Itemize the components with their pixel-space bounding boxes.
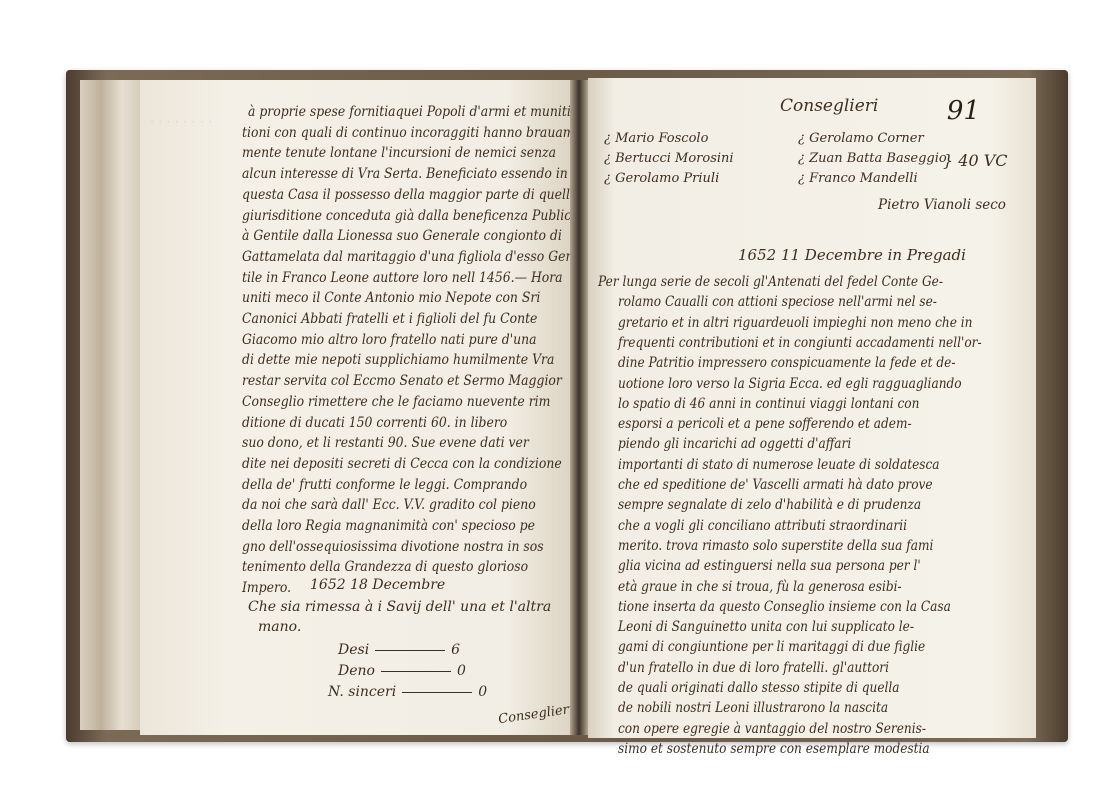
councillor-name: ¿ Franco Mandelli <box>798 166 918 191</box>
vote-count: 6 <box>451 642 460 658</box>
folio-number: 91 <box>947 96 980 126</box>
vote-count: 0 <box>457 663 466 679</box>
secretary-name: Pietro Vianoli seco <box>878 193 1006 218</box>
vote-tally-row: Desi6 <box>338 642 460 658</box>
vote-tally-row: N. sinceri0 <box>328 684 487 700</box>
vote-rule <box>402 692 472 693</box>
annotation: } 40 VC <box>943 148 1008 173</box>
motion-text-cont: mano. <box>258 615 301 640</box>
vote-rule <box>381 671 451 672</box>
vote-label: Deno <box>338 663 375 679</box>
councillor-name: ¿ Gerolamo Priuli <box>604 166 719 191</box>
vote-label: N. sinceri <box>328 684 396 700</box>
vote-tally-row: Deno0 <box>338 663 466 679</box>
book-gutter <box>570 80 588 735</box>
vote-label: Desi <box>338 642 369 658</box>
vote-rule <box>375 650 445 651</box>
right-page: 91 Conseglieri ¿ Mario Foscolo¿ Bertucci… <box>588 78 1036 738</box>
left-page: · · · · · · · · à proprie spese fornitia… <box>140 80 570 735</box>
page-heading: Conseglieri <box>780 96 878 116</box>
signature: Conseglieri <box>497 697 575 732</box>
date-line: 1652 11 Decembre in Pregadi <box>738 243 966 268</box>
vote-count: 0 <box>478 684 487 700</box>
text-line: simo et sostenuto sempre con esemplare m… <box>618 737 930 762</box>
